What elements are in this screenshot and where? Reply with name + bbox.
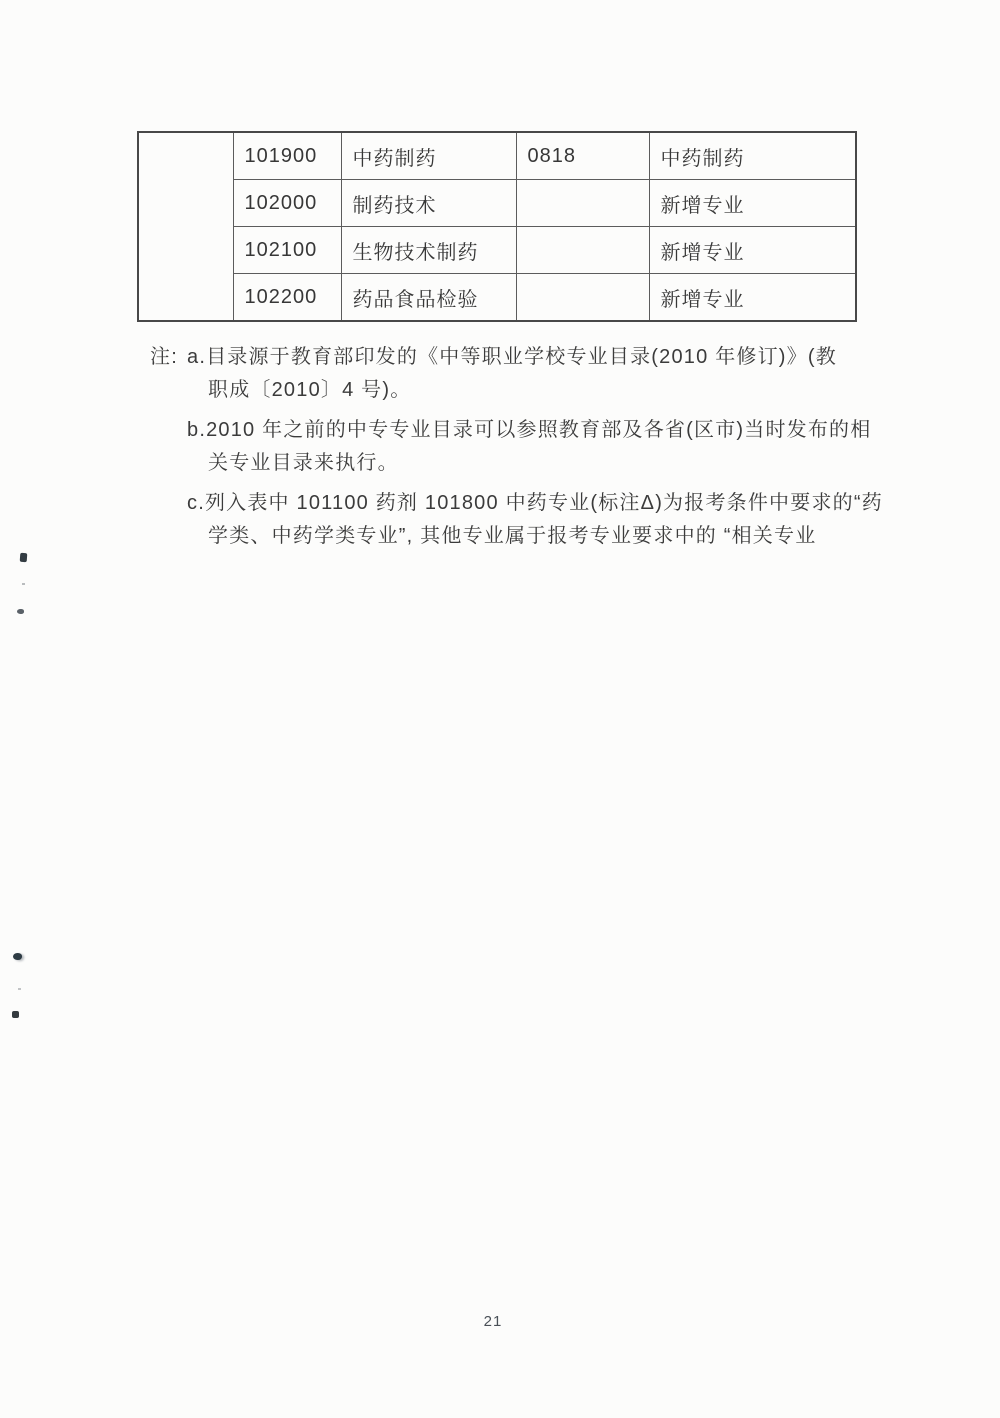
- table-cell-code: 101900: [233, 132, 341, 180]
- specialty-table: 101900 中药制药 0818 中药制药 102000 制药技术 新增专业 1…: [137, 131, 857, 322]
- notes-label: 注:: [150, 341, 178, 374]
- table-row: 102100 生物技术制药 新增专业: [138, 227, 856, 274]
- ink-speck: [22, 583, 25, 585]
- table-cell-code: 102000: [233, 180, 341, 227]
- ink-speck: [13, 953, 22, 960]
- ink-speck: [17, 609, 24, 614]
- table-cell-category-empty: [138, 132, 233, 321]
- ink-speck: [18, 988, 21, 990]
- table-cell-name: 生物技术制药: [341, 227, 516, 274]
- note-a-line-1: a.目录源于教育部印发的《中等职业学校专业目录(2010 年修订)》(教: [187, 341, 880, 374]
- note-a-line-2: 职成〔2010〕4 号)。: [208, 374, 880, 407]
- table-cell-code2: 0818: [516, 132, 649, 180]
- table-cell-remark: 中药制药: [649, 132, 856, 180]
- table-cell-remark: 新增专业: [649, 180, 856, 227]
- table-cell-code: 102200: [233, 274, 341, 322]
- notes-section: 注: a.目录源于教育部印发的《中等职业学校专业目录(2010 年修订)》(教 …: [150, 341, 880, 553]
- ink-speck: [12, 1011, 19, 1018]
- ink-speck: [20, 553, 28, 562]
- table-row: 102000 制药技术 新增专业: [138, 180, 856, 227]
- table-cell-code2: [516, 227, 649, 274]
- table-cell-name: 中药制药: [341, 132, 516, 180]
- table-cell-code2: [516, 180, 649, 227]
- note-c-line-1: c.列入表中 101100 药剂 101800 中药专业(标注Δ)为报考条件中要…: [187, 487, 880, 520]
- note-c-line-2: 学类、中药学类专业”, 其他专业属于报考专业要求中的 “相关专业: [208, 520, 880, 553]
- page-number: 21: [0, 1313, 986, 1330]
- note-b-line-1: b.2010 年之前的中专专业目录可以参照教育部及各省(区市)当时发布的相: [187, 414, 880, 447]
- table-row: 101900 中药制药 0818 中药制药: [138, 132, 856, 180]
- table-row: 102200 药品食品检验 新增专业: [138, 274, 856, 322]
- table-cell-remark: 新增专业: [649, 274, 856, 322]
- table-cell-code2: [516, 274, 649, 322]
- note-b-line-2: 关专业目录来执行。: [208, 447, 880, 480]
- document-page: 101900 中药制药 0818 中药制药 102000 制药技术 新增专业 1…: [0, 0, 1000, 1418]
- table-cell-code: 102100: [233, 227, 341, 274]
- table-cell-remark: 新增专业: [649, 227, 856, 274]
- table-cell-name: 药品食品检验: [341, 274, 516, 322]
- table-cell-name: 制药技术: [341, 180, 516, 227]
